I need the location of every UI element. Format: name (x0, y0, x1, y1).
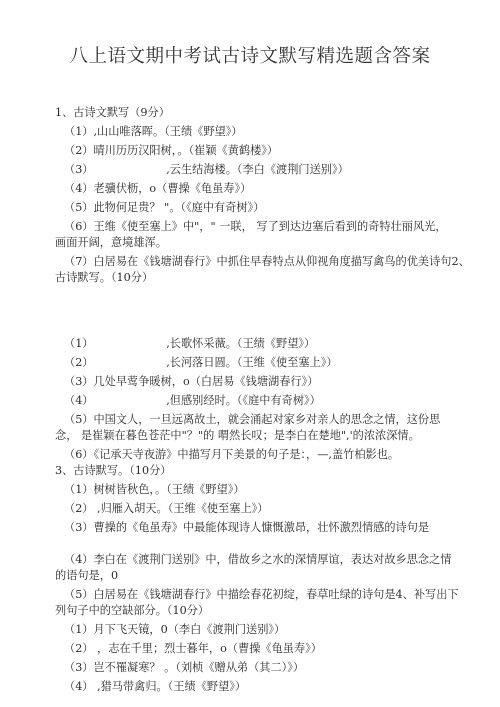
text-line: （2）晴川历历汉阳树，。（崔颖《黄鹤楼》） (64, 144, 484, 158)
text-line: （3）几处早莺争暖树，o（白居易《钱塘湖春行》） (64, 375, 484, 389)
text-line: 古诗默写。（10分） (55, 271, 475, 285)
text-line: （3） ,云生结海楼。（李白《渡荆门送别》） (64, 163, 484, 177)
text-line: 画面开阔，意境雄浑。 (55, 236, 475, 250)
text-line: 的语句是，0 (55, 569, 475, 583)
text-line: （5）中国文人，一旦远离故土，就会涌起对家乡对亲人的思念之情，这份思 (64, 413, 484, 427)
text-line: （1）树树皆秋色，。（王绩《野望》） (64, 483, 484, 497)
text-line: 列句子中的空缺部分。（10分） (55, 604, 475, 618)
document-title: 八上语文期中考试古诗文默写精选题含答案 (0, 42, 500, 68)
text-line: （1）月下飞天镜，0（李白《渡荆门送别》） (64, 623, 484, 637)
text-line: （2） ,归雁入胡天。（王维《使至塞上》） (64, 502, 484, 516)
text-line: （6）王维《使至塞上》中"，" 一联， 写了到达边塞后看到的奇特壮丽风光， (64, 220, 484, 234)
text-line: （4） ,猎马带禽归。（王绩《野望》） (64, 680, 484, 694)
text-line: （1） ,长歌怀采薇。（王绩《野望》） (64, 337, 484, 351)
text-line: 3、古诗默写。（10分） (55, 464, 475, 478)
text-line: （1）,山山唯落晖。（王绩《野望》） (64, 125, 484, 139)
text-line: （5）此物何足贵？ "。（《庭中有奇树》） (64, 201, 484, 215)
text-line: 1、古诗文默写（9分） (55, 106, 475, 120)
text-line: （4）老骥伏枥，o（曹操《龟虽寿》） (64, 182, 484, 196)
text-line: 念， 是崔颖在暮色苍茫中"？"的 喟然长叹；是李白在楚地",'的浓浓深情。 (55, 429, 475, 443)
text-line: （4） ,但感别经时。（《庭中有奇树》） (64, 394, 484, 408)
text-line: （4）李白在《渡荆门送别》中，借故乡之水的深情厚谊，表达对故乡思念之情 (64, 553, 484, 567)
text-line: （7）白居易在《钱塘湖春行》中抓住早春特点从仰视角度描写禽鸟的优美诗句2、 (64, 255, 484, 269)
text-line: （6）《记承天寺夜游》中描写月下美景的句子是：，—,盖竹柏影也。 (64, 448, 484, 462)
text-line: （5）白居易在《钱塘湖春行》中描绘春花初绽，春草吐绿的诗句是4、补写出下 (64, 588, 484, 602)
text-line: （2） ,长河落日圆。（王维《使至塞上》） (64, 356, 484, 370)
text-line: （2） ，志在千里；烈士暮年，o（曹操《龟虽寿》） (64, 642, 484, 656)
text-line: （3）曹操的《龟虽寿》中最能体现诗人慷慨激昂，壮怀激烈情感的诗句是 (64, 521, 484, 535)
text-line: （3）岂不罹凝寒？ 。（刘桢《赠从弟（其二）》） (64, 661, 484, 675)
